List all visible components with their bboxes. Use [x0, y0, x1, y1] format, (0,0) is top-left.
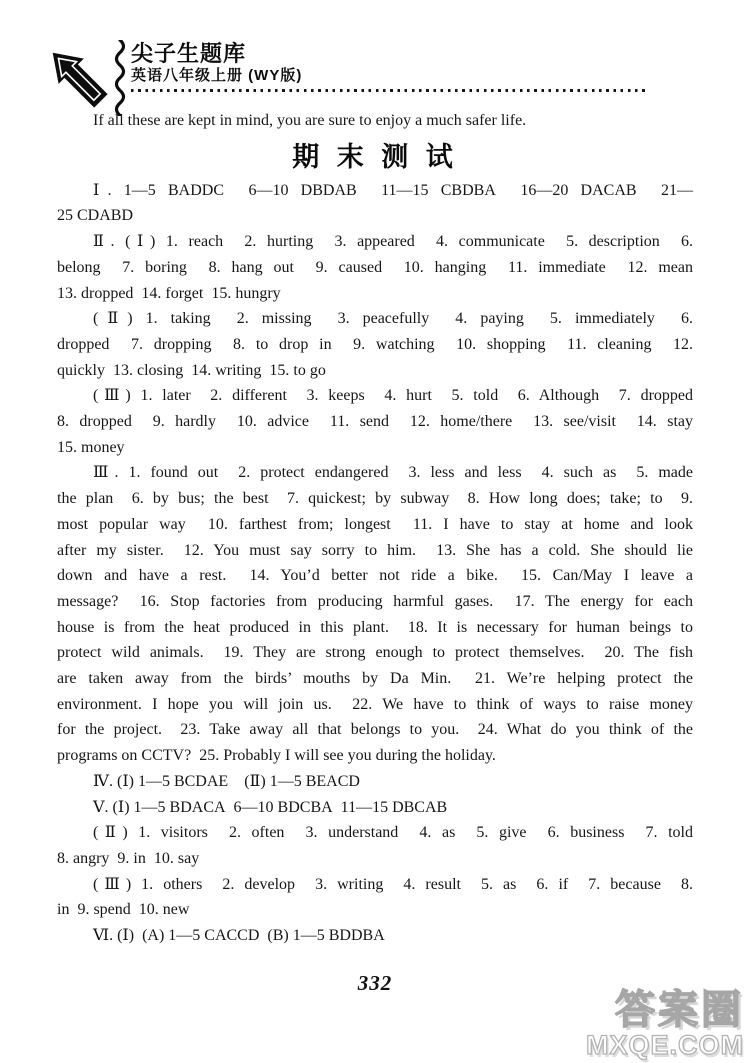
answer-line: (Ⅱ) 1. visitors 2. often 3. understand 4… — [57, 820, 693, 846]
arrow-up-left-icon — [46, 46, 116, 112]
answer-line: environment. I hope you will join us. 22… — [57, 692, 693, 718]
answer-line: 25 CDABD — [57, 203, 693, 229]
answer-line: down and have a rest. 14. You’d better n… — [57, 563, 693, 589]
intro-line: If all these are kept in mind, you are s… — [57, 108, 693, 134]
answer-line: 15. money — [57, 435, 693, 461]
answer-line: belong 7. boring 8. hang out 9. caused 1… — [57, 255, 693, 281]
squiggle-divider — [113, 40, 127, 116]
answer-line: are taken away from the birds’ mouths by… — [57, 666, 693, 692]
series-subtitle: 英语八年级上册 (WY版) — [131, 67, 302, 85]
answer-line: (Ⅲ) 1. others 2. develop 3. writing 4. r… — [57, 872, 693, 898]
answer-line: in 9. spend 10. new — [57, 897, 693, 923]
answer-line: most popular way 10. farthest from; long… — [57, 512, 693, 538]
answer-line: Ⅰ. 1—5 BADDC 6—10 DBDAB 11—15 CBDBA 16—2… — [57, 178, 693, 204]
answer-line: Ⅴ. (Ⅰ) 1—5 BDACA 6—10 BDCBA 11—15 DBCAB — [57, 795, 693, 821]
answer-line: for the project. 23. Take away all that … — [57, 717, 693, 743]
watermark-brand: 答案圈 — [586, 990, 744, 1030]
answer-line: message? 16. Stop factories from produci… — [57, 589, 693, 615]
answer-line: dropped 7. dropping 8. to drop in 9. wat… — [57, 332, 693, 358]
book-page: 尖子生题库 英语八年级上册 (WY版) If all these are kep… — [0, 0, 750, 1063]
answer-line: (Ⅲ) 1. later 2. different 3. keeps 4. hu… — [57, 383, 693, 409]
series-title: 尖子生题库 — [131, 42, 246, 66]
answer-line: Ⅲ. 1. found out 2. protect endangered 3.… — [57, 460, 693, 486]
answer-line: 8. angry 9. in 10. say — [57, 846, 693, 872]
answer-line: house is from the heat produced in this … — [57, 615, 693, 641]
answer-line: 13. dropped 14. forget 15. hungry — [57, 281, 693, 307]
answer-text-column: If all these are kept in mind, you are s… — [57, 108, 693, 949]
dotted-rule — [131, 89, 646, 92]
answer-line: after my sister. 12. You must say sorry … — [57, 538, 693, 564]
answer-line: 8. dropped 9. hardly 10. advice 11. send… — [57, 409, 693, 435]
answer-lines: Ⅰ. 1—5 BADDC 6—10 DBDAB 11—15 CBDBA 16—2… — [57, 178, 693, 949]
answer-line: protect wild animals. 19. They are stron… — [57, 640, 693, 666]
answer-line: the plan 6. by bus; the best 7. quickest… — [57, 486, 693, 512]
answer-line: Ⅵ. (Ⅰ) (A) 1—5 CACCD (B) 1—5 BDDBA — [57, 923, 693, 949]
watermark-site: MXQE.COM — [586, 1032, 744, 1059]
answer-line: quickly 13. closing 14. writing 15. to g… — [57, 358, 693, 384]
answer-line: Ⅱ. (Ⅰ) 1. reach 2. hurting 3. appeared 4… — [57, 229, 693, 255]
answer-line: (Ⅱ) 1. taking 2. missing 3. peacefully 4… — [57, 306, 693, 332]
answer-line: Ⅳ. (Ⅰ) 1—5 BCDAE (Ⅱ) 1—5 BEACD — [57, 769, 693, 795]
watermark: 答案圈 MXQE.COM — [586, 990, 744, 1059]
answer-line: programs on CCTV? 25. Probably I will se… — [57, 743, 693, 769]
section-title: 期 末 测 试 — [57, 136, 693, 178]
